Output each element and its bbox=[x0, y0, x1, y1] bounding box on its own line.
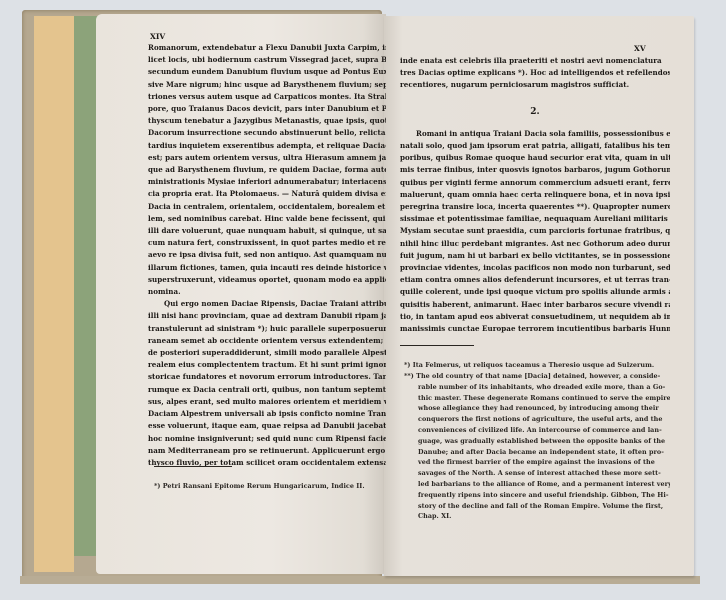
text-line: etiam contra omnes alios defenderunt inc… bbox=[400, 274, 670, 286]
text-line: esse voluerunt, itaque eam, quae reipsa … bbox=[148, 420, 386, 432]
text-line: hoc nomine insigniverunt; sed quid nunc … bbox=[148, 433, 386, 445]
text-line: nam Mediterraneam pro se retinuerunt. Ap… bbox=[148, 445, 386, 457]
footnote-line: Chap. XI. bbox=[400, 511, 670, 522]
right-intro: inde enata est celebris illa praeteriti … bbox=[400, 55, 670, 92]
text-line: est; pars autem orientem versus, ultra H… bbox=[148, 152, 386, 164]
section-heading: 2. bbox=[400, 106, 670, 118]
text-line: Dacia in centralem, orientalem, occident… bbox=[148, 201, 386, 213]
text-line: cum natura fert, construxissent, in quot… bbox=[148, 237, 386, 249]
text-line: cia propria erat. Ita Ptolomaeus. — Natu… bbox=[148, 188, 386, 200]
right-page-body: inde enata est celebris illa praeteriti … bbox=[400, 55, 670, 522]
footnote-line: frequently ripens into sincere and usefu… bbox=[400, 490, 670, 501]
text-line: secundum eundem Danubium fluvium usque a… bbox=[148, 66, 386, 78]
left-page-number: XIV bbox=[150, 32, 165, 41]
text-line: sive Mare nigrum; hinc usque ad Barysthe… bbox=[148, 79, 386, 91]
text-line: aevo re ipsa divisa fuit, sed non antiqu… bbox=[148, 249, 386, 261]
text-line: Daciam Alpestrem universali ab ipsis con… bbox=[148, 408, 386, 420]
text-line: nomina. bbox=[148, 286, 386, 298]
text-line: poribus, quibus Romae quoque haud securi… bbox=[400, 152, 670, 164]
text-line: Qui ergo nomen Daciae Ripensis, Daciae T… bbox=[148, 298, 386, 310]
endpaper-tan bbox=[34, 16, 74, 572]
text-line: tres Dacias optime explicans *). Hoc ad … bbox=[400, 67, 670, 79]
text-line: maluerunt, quam omnia haec certa relinqu… bbox=[400, 189, 670, 201]
text-line: ministrationis Mysiae inferiori adnumera… bbox=[148, 176, 386, 188]
text-line: superstruxerunt, videamus oportet, quona… bbox=[148, 274, 386, 286]
text-line: rumque ex Dacia centrali orti, quibus, n… bbox=[148, 384, 386, 396]
text-line: nihil hinc illuc perdebant migrantes. As… bbox=[400, 238, 670, 250]
text-line: Mysiam secutae sunt praesidia, cum parci… bbox=[400, 225, 670, 237]
footnote-line: conquerors the first notions of agricult… bbox=[400, 414, 670, 425]
left-footnote: *) Petri Ransani Epitome Rerum Hungarica… bbox=[150, 481, 386, 492]
footnote-line: conveniences of civilized life. An inter… bbox=[400, 425, 670, 436]
text-line: provinciae videntes, incolas pacificos n… bbox=[400, 262, 670, 274]
text-line: Romanorum, extendebatur a Flexu Danubii … bbox=[148, 42, 386, 54]
text-line: tardius inquietem exserentibus adempta, … bbox=[148, 140, 386, 152]
footnote-line: story of the decline and fall of the Rom… bbox=[400, 501, 670, 512]
text-line: natali solo, quod jam ipsorum erat patri… bbox=[400, 140, 670, 152]
text-line: fuit jugum, nam hi ut barbari ex bello v… bbox=[400, 250, 670, 262]
text-line: de posteriori superaddiderunt, simili mo… bbox=[148, 347, 386, 359]
text-line: storicae fundatores et novorum errorum i… bbox=[148, 371, 386, 383]
footnote-line: guage, was gradually established between… bbox=[400, 436, 670, 447]
text-line: quille colerent, unde ipsi quoque victum… bbox=[400, 286, 670, 298]
text-line: que ad Barysthenem fluvium, re quidem Da… bbox=[148, 164, 386, 176]
text-line: quisitis haberent, animarunt. Haec inter… bbox=[400, 299, 670, 311]
left-footnotes: *) Petri Ransani Epitome Rerum Hungarica… bbox=[150, 466, 386, 492]
text-line: illarum fictiones, tamen, quia incauti r… bbox=[148, 262, 386, 274]
text-line: recentiores, nugarum perniciosarum magis… bbox=[400, 79, 670, 91]
text-line: transtulerunt ad sinistram *); huic para… bbox=[148, 323, 386, 335]
right-footnotes: *) Ita Felmerus, ut reliquos taceamus a … bbox=[400, 360, 670, 522]
footnote-rule bbox=[154, 466, 232, 467]
text-line: inde enata est celebris illa praeteriti … bbox=[400, 55, 670, 67]
text-line: raneam semet ab occidente orientem versu… bbox=[148, 335, 386, 347]
text-line: lem, sed nominibus carebat. Hinc valde b… bbox=[148, 213, 386, 225]
text-line: sissimae et potentissimae familiae, nequ… bbox=[400, 213, 670, 225]
footnote-line: Danube; and after Dacia became an indepe… bbox=[400, 447, 670, 458]
footnote-line: thic master. These degenerate Romans con… bbox=[400, 393, 670, 404]
footnote-line: **) The old country of that name [Dacia]… bbox=[400, 371, 670, 382]
text-line: thyscum tenebatur a Jazygibus Metanastis… bbox=[148, 115, 386, 127]
text-line: peregrina transire loca, incerta quaeren… bbox=[400, 201, 670, 213]
text-line: pore, quo Traianus Dacos devicit, pars i… bbox=[148, 103, 386, 115]
footnote-line: ved the firmest barrier of the empire ag… bbox=[400, 457, 670, 468]
footnote-line: led barbarians to the alliance of Rome, … bbox=[400, 479, 670, 490]
right-page-number: XV bbox=[634, 44, 646, 53]
text-line: sus, alpes erant, sed multo maiores orie… bbox=[148, 396, 386, 408]
page-block-edge bbox=[20, 576, 700, 584]
text-line: triones versus autem usque ad Carpaticos… bbox=[148, 91, 386, 103]
text-line: tio, in tantam apud eos abiverat consuet… bbox=[400, 311, 670, 323]
left-page-body: Romanorum, extendebatur a Flexu Danubii … bbox=[148, 42, 386, 469]
text-line: realem eius complectentem tractum. Et hi… bbox=[148, 359, 386, 371]
footnote-rule bbox=[400, 345, 474, 346]
text-line: licet locis, ubi hodiernum castrum Visse… bbox=[148, 54, 386, 66]
text-line: mis terrae finibus, inter quosvis ignoto… bbox=[400, 164, 670, 176]
footnote-line: savages of the North. A sense of interes… bbox=[400, 468, 670, 479]
text-line: manissimis cunctae Europae terrorem incu… bbox=[400, 323, 670, 335]
text-line: illi dare voluerunt, quae nunquam habuit… bbox=[148, 225, 386, 237]
footnote-line: *) Ita Felmerus, ut reliquos taceamus a … bbox=[400, 360, 670, 371]
right-body-paragraph: Romani in antiqua Traiani Dacia sola fam… bbox=[400, 128, 670, 335]
footnote-line: rable number of its inhabitants, who dre… bbox=[400, 382, 670, 393]
text-line: Romani in antiqua Traiani Dacia sola fam… bbox=[400, 128, 670, 140]
text-line: Dacorum insurrectione secundo abstinueru… bbox=[148, 127, 386, 139]
text-line: quibus per viginti ferme annorum commerc… bbox=[400, 177, 670, 189]
text-line: illi nisi hanc provinciam, quae ad dextr… bbox=[148, 310, 386, 322]
footnote-line: whose allegiance they had renounced, by … bbox=[400, 403, 670, 414]
